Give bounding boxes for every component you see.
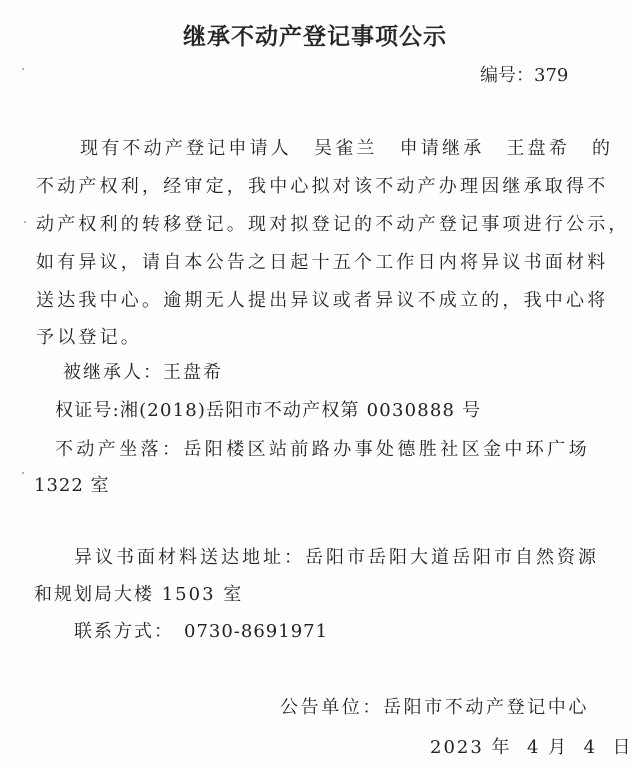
body-line-2: 不动产权利，经审定，我中心拟对该不动产办理因继承取得不: [36, 172, 608, 198]
scan-speck: [22, 472, 24, 474]
location-label: 不动产坐落：: [55, 439, 183, 460]
scan-speck: [22, 68, 24, 70]
body-line-3: 动产权利的转移登记。现对拟登记的不动产登记事项进行公示，: [36, 210, 630, 236]
document-title: 继承不动产登记事项公示: [0, 18, 630, 51]
decedent-value: 王盘希: [163, 362, 223, 383]
issuer-value: 岳阳市不动产登记中心: [383, 697, 589, 718]
decedent-name: 王盘希: [506, 138, 570, 159]
certificate-value: 湘(2018)岳阳市不动产权第 0030888 号: [120, 400, 481, 421]
certificate-row: 权证号:湘(2018)岳阳市不动产权第 0030888 号: [55, 396, 481, 422]
location-value: 岳阳楼区站前路办事处德胜社区金中环广场: [183, 439, 590, 460]
document-number-value: 379: [534, 65, 568, 86]
applicant-name: 吴雀兰: [314, 138, 378, 159]
objection-address-row: 异议书面材料送达地址：岳阳市岳阳大道岳阳市自然资源: [74, 543, 599, 569]
issue-date: 2023 年 4 月 4 日: [430, 733, 630, 759]
contact-row: 联系方式：0730-8691971: [74, 617, 328, 643]
objection-address-value: 岳阳市岳阳大道岳阳市自然资源: [305, 547, 599, 568]
body-text: 现有不动产登记申请人: [80, 138, 292, 159]
body-line-5: 送达我中心。逾期无人提出异议或者异议不成立的，我中心将: [36, 286, 608, 312]
body-text: 的: [592, 138, 613, 159]
notice-page: 继承不动产登记事项公示 编号：379 现有不动产登记申请人吴雀兰申请继承王盘希的…: [0, 0, 630, 768]
scan-speck: [24, 221, 26, 223]
body-line-6: 予以登记。: [36, 323, 142, 349]
body-line-4: 如有异议，请自本公告之日起十五个工作日内将异议书面材料: [36, 248, 608, 274]
contact-label: 联系方式：: [74, 621, 174, 642]
objection-address-label: 异议书面材料送达地址：: [74, 547, 305, 568]
issuer-label: 公告单位：: [280, 697, 383, 718]
body-text: 申请继承: [400, 138, 485, 159]
decedent-label: 被继承人：: [63, 362, 163, 383]
document-number: 编号：379: [480, 61, 568, 87]
objection-address-cont: 和规划局大楼 1503 室: [34, 580, 243, 606]
decedent-row: 被继承人：王盘希: [63, 358, 223, 384]
contact-phone: 0730-8691971: [184, 621, 328, 642]
location-row: 不动产坐落：岳阳楼区站前路办事处德胜社区金中环广场: [55, 435, 590, 461]
certificate-label: 权证号:: [55, 400, 120, 421]
issuer-row: 公告单位：岳阳市不动产登记中心: [280, 693, 589, 719]
location-row-cont: 1322 室: [34, 471, 110, 497]
document-number-label: 编号：: [480, 65, 534, 86]
body-line-1: 现有不动产登记申请人吴雀兰申请继承王盘希的: [80, 134, 613, 160]
